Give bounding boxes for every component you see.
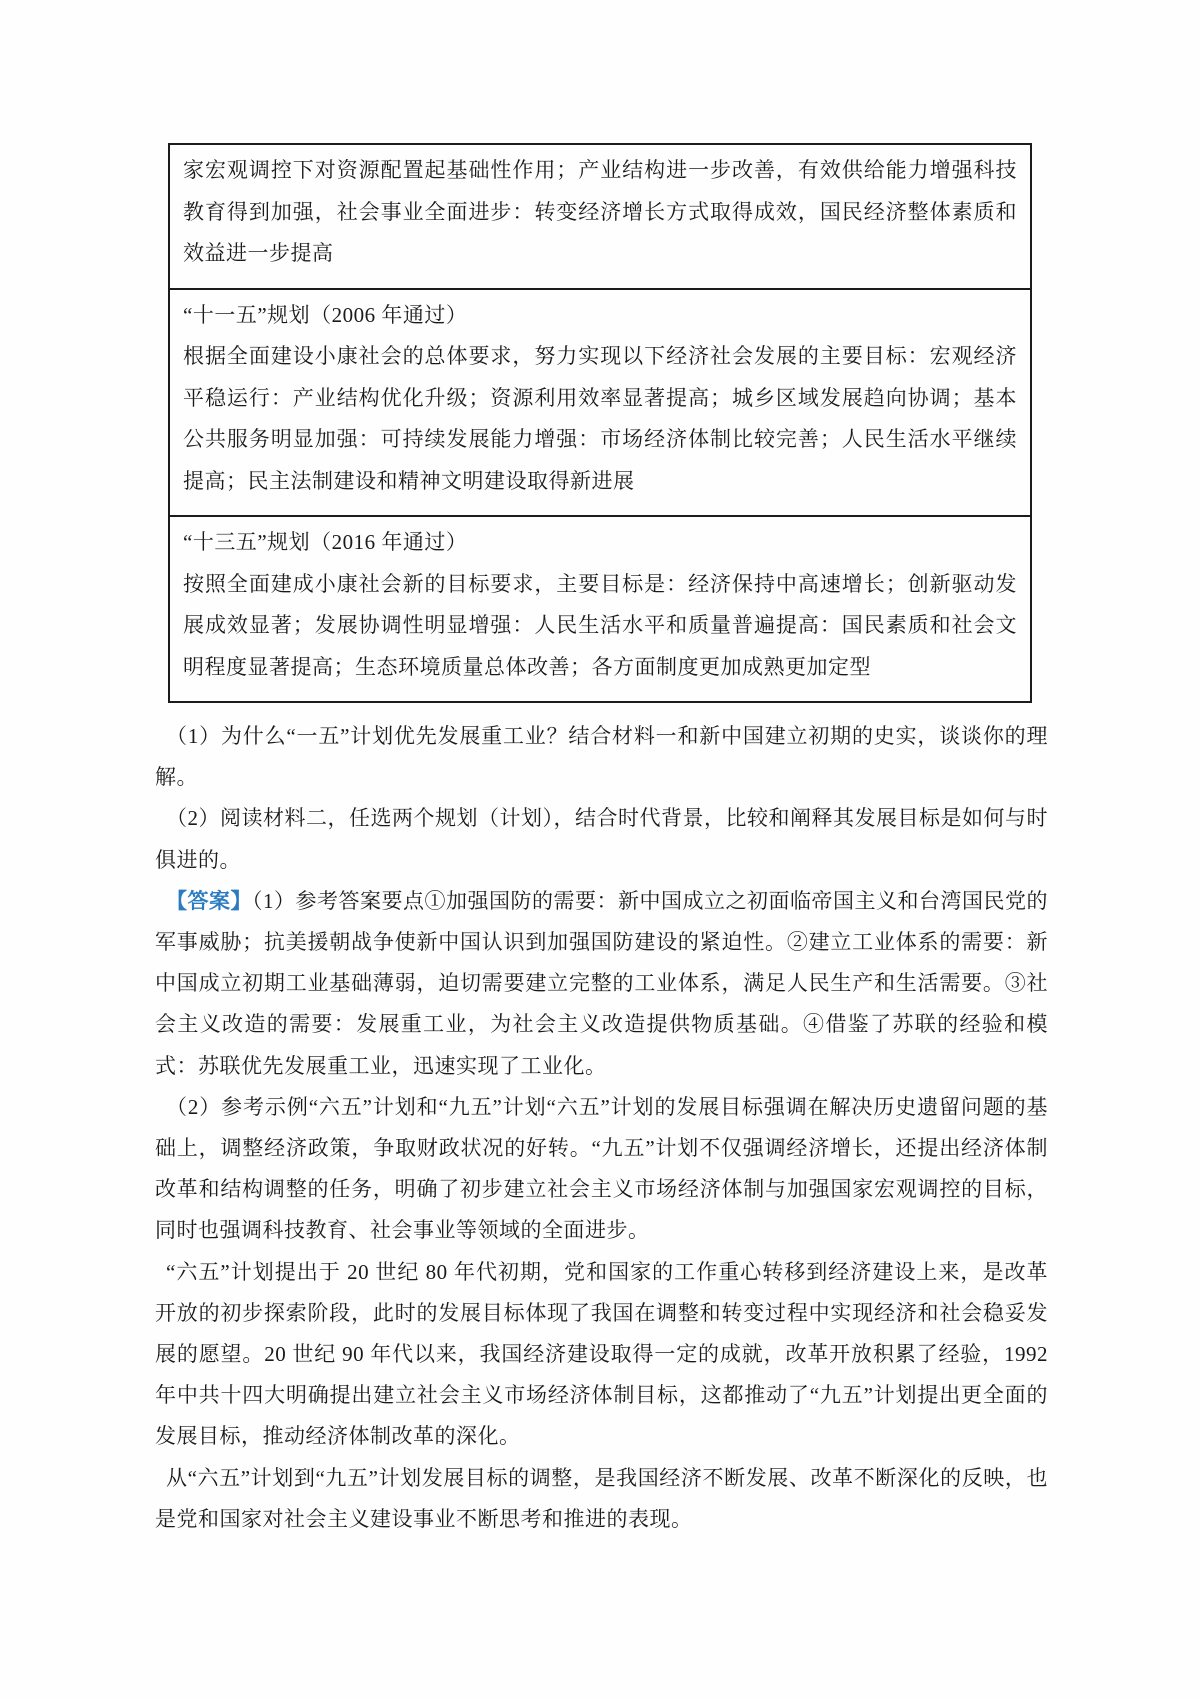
table-row-eleventh-plan: “十一五”规划（2006 年通过） 根据全面建设小康社会的总体要求，努力实现以下…: [170, 288, 1030, 516]
table-row-thirteenth-plan: “十三五”规划（2016 年通过） 按照全面建成小康社会新的目标要求，主要目标是…: [170, 515, 1030, 701]
table-row-overflow: 家宏观调控下对资源配置起基础性作用；产业结构进一步改善，有效供给能力增强科技教育…: [170, 145, 1030, 288]
table-cell-text: 根据全面建设小康社会的总体要求，努力实现以下经济社会发展的主要目标：宏观经济平稳…: [183, 336, 1017, 502]
table-cell-text: 按照全面建成小康社会新的目标要求，主要目标是：经济保持中高速增长；创新驱动发展成…: [183, 564, 1017, 689]
answer-label: 【答案】: [166, 889, 252, 913]
plan-title: “十一五”规划（2006 年通过）: [183, 295, 1017, 337]
question-answer-section: （1）为什么“一五”计划优先发展重工业？结合材料一和新中国建立初期的史实，谈谈你…: [155, 716, 1048, 1540]
plan-title: “十三五”规划（2016 年通过）: [183, 522, 1017, 564]
answer-paragraph-3: “六五”计划提出于 20 世纪 80 年代初期，党和国家的工作重心转移到经济建设…: [155, 1252, 1048, 1458]
document-page: 家宏观调控下对资源配置起基础性作用；产业结构进一步改善，有效供给能力增强科技教育…: [0, 0, 1200, 1698]
question-2: （2）阅读材料二，任选两个规划（计划），结合时代背景，比较和阐释其发展目标是如何…: [155, 798, 1048, 880]
table-cell-text: 家宏观调控下对资源配置起基础性作用；产业结构进一步改善，有效供给能力增强科技教育…: [183, 150, 1017, 275]
answer-paragraph-2: （2）参考示例“六五”计划和“九五”计划“六五”计划的发展目标强调在解决历史遗留…: [155, 1087, 1048, 1252]
answer-paragraph-1: 【答案】（1）参考答案要点①加强国防的需要：新中国成立之初面临帝国主义和台湾国民…: [155, 881, 1048, 1087]
material-table: 家宏观调控下对资源配置起基础性作用；产业结构进一步改善，有效供给能力增强科技教育…: [168, 143, 1032, 703]
question-1: （1）为什么“一五”计划优先发展重工业？结合材料一和新中国建立初期的史实，谈谈你…: [155, 716, 1048, 798]
answer-text-1: （1）参考答案要点①加强国防的需要：新中国成立之初面临帝国主义和台湾国民党的军事…: [155, 889, 1048, 1078]
answer-paragraph-4: 从“六五”计划到“九五”计划发展目标的调整，是我国经济不断发展、改革不断深化的反…: [155, 1458, 1048, 1540]
